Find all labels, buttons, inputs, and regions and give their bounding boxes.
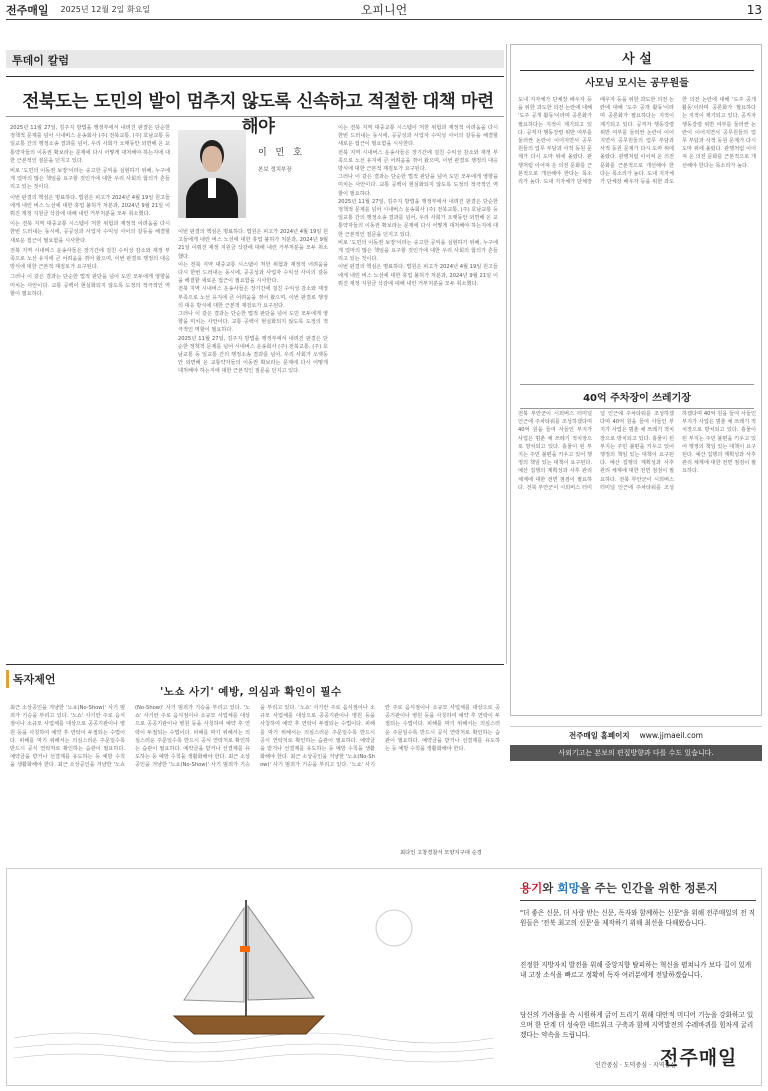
author-title: 본보 정치부장 — [258, 165, 292, 173]
masthead: 전주매일 2025년 12월 2일 화요일 오피니언 13 — [6, 0, 762, 20]
author-name: 이 민 호 — [258, 145, 305, 158]
editorial-2-body: 전북 부안군이 시외버스 터미널 인근에 주차타워를 조성하겠다며 40억 원을… — [518, 410, 756, 710]
ad-logo: 전주매일 — [660, 1043, 737, 1070]
editorial-1-body: 도내 지자체가 단체장 배우자 등을 위한 과도한 의전 논란에 대해 '도주 … — [518, 96, 756, 376]
newspaper-brand: 전주매일 — [6, 2, 49, 18]
reader-column-title: '노쇼 사기' 예방, 의심과 확인이 필수 — [160, 684, 342, 699]
issue-date: 2025년 12월 2일 화요일 — [61, 4, 151, 15]
reader-byline: 최다인 고창경찰서 모양지구대 순경 — [400, 848, 482, 856]
sailboat-illustration — [14, 888, 494, 1078]
homepage-bar: 전주매일 홈페이지 www.jjmaeil.com — [510, 726, 762, 744]
editorial-1-title: 사모님 모시는 공무원들 — [520, 74, 754, 89]
ad-paragraph-1: "더 좋은 신문, 더 사랑 받는 신문, 독자와 함께하는 신문"을 위해 전… — [520, 908, 756, 928]
ad-slogan: 용기와 희망을 주는 인간을 위한 정론지 — [520, 880, 718, 896]
reader-column-label: 독자제언 — [6, 670, 60, 688]
column-body-col2: 이번 판결의 핵심은 명료하다. 법원은 피고가 2024년 4월 19일 원고… — [178, 228, 328, 654]
section-name: 오피니언 — [361, 1, 407, 18]
editorial-2-title: 40억 주차장이 쓰레기장 — [520, 384, 754, 409]
homepage-label: 전주매일 홈페이지 — [569, 730, 630, 741]
column-body-col1: 2025년 11월 27일, 김주지 방법을 행정부에서 내려진 판결은 단순한… — [10, 124, 170, 654]
reader-column-body: 최근 소상공인을 겨냥한 '노쇼(No-Show)' 사기 범죄가 기승을 부리… — [10, 704, 500, 846]
column-label: 투데이 칼럼 — [6, 50, 504, 68]
ad-paragraph-2: 진정한 지방자치 발전을 위해 중앙지향 탈피하는 혁신을 펼쳐나가 보다 길이… — [520, 960, 756, 980]
column-body-col3: 이는 전북 지역 대중교통 시스템이 처한 위험과 재정적 어려움을 다시 한번… — [338, 124, 498, 654]
author-photo — [178, 130, 246, 218]
contribution-notice: 사외기고는 본보의 편집방향과 다를 수도 있습니다. — [510, 745, 762, 761]
page-number: 13 — [747, 3, 762, 17]
editorial-label: 사 설 — [520, 48, 754, 71]
homepage-url-link[interactable]: www.jjmaeil.com — [640, 731, 703, 740]
ad-paragraph-3: 당신의 가려움을 속 시원하게 긁어 드리기 위해 대안적 미디어 기능을 강화… — [520, 1010, 756, 1040]
